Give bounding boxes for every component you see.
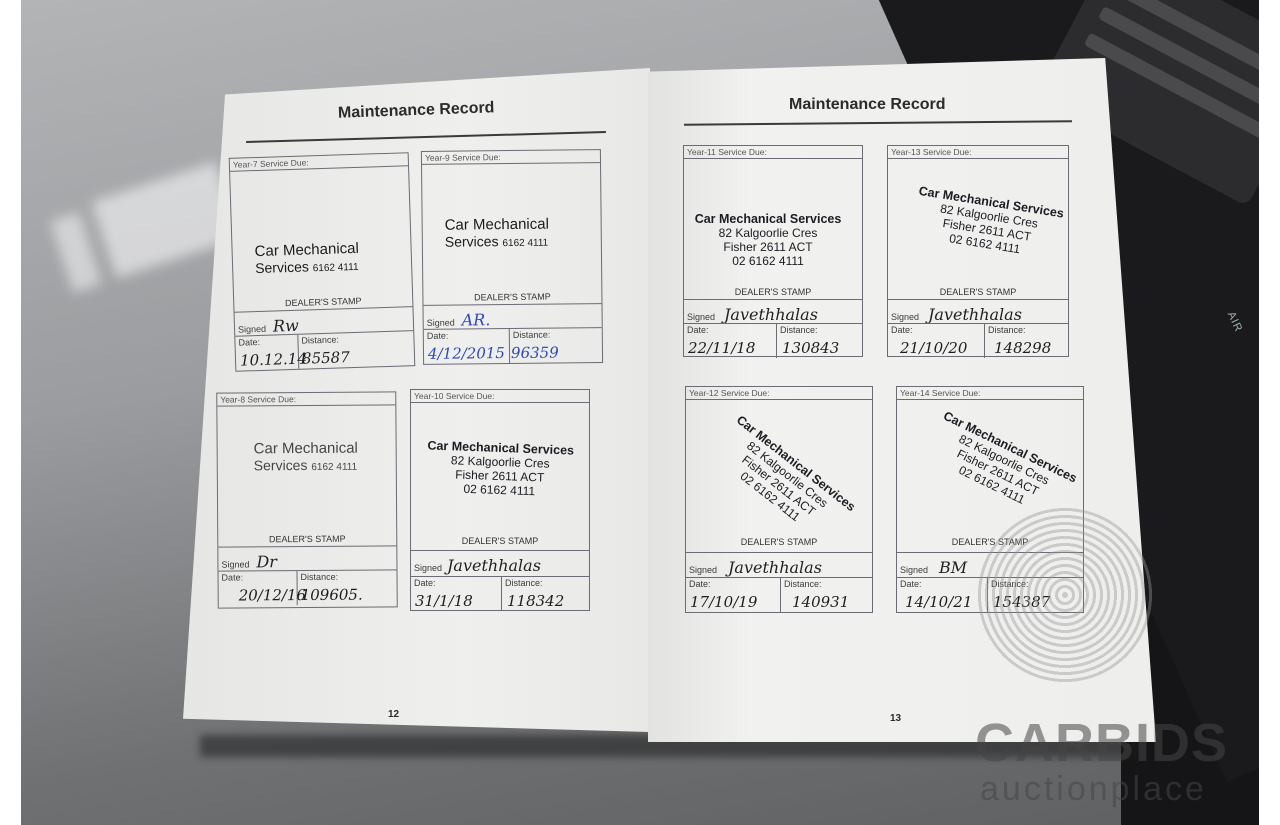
date-label: Date: <box>687 325 709 335</box>
stamp-line-2: Services <box>254 457 308 473</box>
distance-label: Distance: <box>988 325 1026 335</box>
signature: AR. <box>462 310 491 329</box>
stamp-city: Fisher 2611 ACT <box>674 240 862 254</box>
stamp-phone: 6162 4111 <box>311 462 357 473</box>
light-glare <box>50 212 102 293</box>
service-card-year-9: Year-9 Service Due: Car Mechanical Servi… <box>421 149 603 365</box>
service-date: 31/1/18 <box>415 592 473 610</box>
service-distance: 130843 <box>782 339 839 357</box>
dealer-stamp-label: DEALER'S STAMP <box>684 287 862 297</box>
stamp-line-2: Services <box>445 233 499 250</box>
dealer-stamp-label: DEALER'S STAMP <box>686 537 872 547</box>
stamp-line-1: Car Mechanical <box>254 440 358 458</box>
signature: Javethhalas <box>447 556 541 575</box>
signed-label: Signed <box>689 565 717 575</box>
date-label: Date: <box>900 579 922 589</box>
stamp-line-2: Services <box>255 258 309 276</box>
signature: Javethhalas <box>728 558 822 577</box>
service-card-year-12: Year-12 Service Due: Car Mechanical Serv… <box>685 386 873 613</box>
stamp-phone: 6162 4111 <box>313 262 359 274</box>
card-header: Year-12 Service Due: <box>686 387 872 400</box>
distance-label: Distance: <box>784 579 822 589</box>
distance-label: Distance: <box>513 330 551 340</box>
service-card-year-7: Year-7 Service Due: Car Mechanical Servi… <box>229 152 416 372</box>
page-title: Maintenance Record <box>789 96 945 114</box>
dealer-stamp: Car Mechanical Services 82 Kalgoorlie Cr… <box>888 159 1068 299</box>
distance-label: Distance: <box>301 572 339 582</box>
stamp-address: 82 Kalgoorlie Cres <box>674 226 862 240</box>
dealer-stamp-label: DEALER'S STAMP <box>888 287 1068 297</box>
signed-label: Signed <box>221 559 249 569</box>
service-distance: 140931 <box>792 593 849 611</box>
signature: BM <box>939 558 967 577</box>
card-header: Year-14 Service Due: <box>897 387 1083 400</box>
dealer-stamp-label: DEALER'S STAMP <box>218 533 396 544</box>
dealer-stamp: Car Mechanical Services 6162 4111 <box>230 166 412 312</box>
dealer-stamp: Car Mechanical Services 82 Kalgoorlie Cr… <box>411 403 589 543</box>
signed-label: Signed <box>900 565 928 575</box>
service-date: 22/11/18 <box>688 339 755 357</box>
date-label: Date: <box>414 578 436 588</box>
stamp-name: Car Mechanical Services <box>674 212 862 226</box>
signature: Javethhalas <box>724 305 818 324</box>
signature: Javethhalas <box>928 305 1022 324</box>
dealer-stamp-label: DEALER'S STAMP <box>423 291 601 303</box>
signed-label: Signed <box>891 312 919 322</box>
service-distance: 96359 <box>511 344 559 362</box>
service-distance: 148298 <box>994 339 1051 357</box>
date-label: Date: <box>238 337 260 348</box>
distance-label: Distance: <box>301 335 339 346</box>
stamp-phone: 6162 4111 <box>502 238 548 249</box>
date-label: Date: <box>427 331 449 341</box>
date-label: Date: <box>891 325 913 335</box>
dealer-stamp: Car Mechanical Services 6162 4111 <box>422 163 601 305</box>
service-card-year-13: Year-13 Service Due: Car Mechanical Serv… <box>887 145 1069 357</box>
distance-label: Distance: <box>780 325 818 335</box>
service-date: 10.12.14 <box>240 350 307 370</box>
watermark-subtitle: auctionplace <box>980 770 1207 809</box>
watermark-brand: CARBIDS <box>975 712 1228 774</box>
signature: Rw <box>273 316 299 336</box>
service-date: 17/10/19 <box>690 593 757 611</box>
signature: Dr <box>256 552 277 571</box>
dealer-stamp-label: DEALER'S STAMP <box>411 536 589 546</box>
card-header: Year-8 Service Due: <box>217 392 395 406</box>
service-card-year-10: Year-10 Service Due: Car Mechanical Serv… <box>410 389 590 611</box>
signed-label: Signed <box>427 318 455 328</box>
date-label: Date: <box>222 572 244 582</box>
card-header: Year-11 Service Due: <box>684 146 862 159</box>
service-card-year-8: Year-8 Service Due: Car Mechanical Servi… <box>216 391 398 608</box>
service-date: 14/10/21 <box>905 593 972 611</box>
service-distance: 85587 <box>302 348 350 367</box>
card-header: Year-10 Service Due: <box>411 390 589 403</box>
service-distance: 118342 <box>507 592 564 610</box>
stamp-line-1: Car Mechanical <box>445 216 549 234</box>
stamp-phone: 02 6162 4111 <box>674 254 862 268</box>
service-date: 21/10/20 <box>900 339 967 357</box>
card-header: Year-13 Service Due: <box>888 146 1068 159</box>
signed-label: Signed <box>414 563 442 573</box>
dealer-stamp: Car Mechanical Services 6162 4111 <box>217 405 396 546</box>
service-card-year-11: Year-11 Service Due: Car Mechanical Serv… <box>683 145 863 357</box>
dealer-stamp: Car Mechanical Services 82 Kalgoorlie Cr… <box>684 159 862 299</box>
service-distance: 109605. <box>301 586 363 604</box>
service-date: 20/12/16 <box>239 586 306 604</box>
distance-label: Distance: <box>505 578 543 588</box>
page-number: 13 <box>890 713 901 724</box>
date-label: Date: <box>689 579 711 589</box>
signed-label: Signed <box>687 312 715 322</box>
fingerprint-watermark-icon <box>975 505 1155 685</box>
service-date: 4/12/2015 <box>428 344 505 363</box>
dealer-stamp: Car Mechanical Services 82 Kalgoorlie Cr… <box>686 400 872 540</box>
signed-label: Signed <box>238 324 266 335</box>
page-number: 12 <box>388 709 399 720</box>
